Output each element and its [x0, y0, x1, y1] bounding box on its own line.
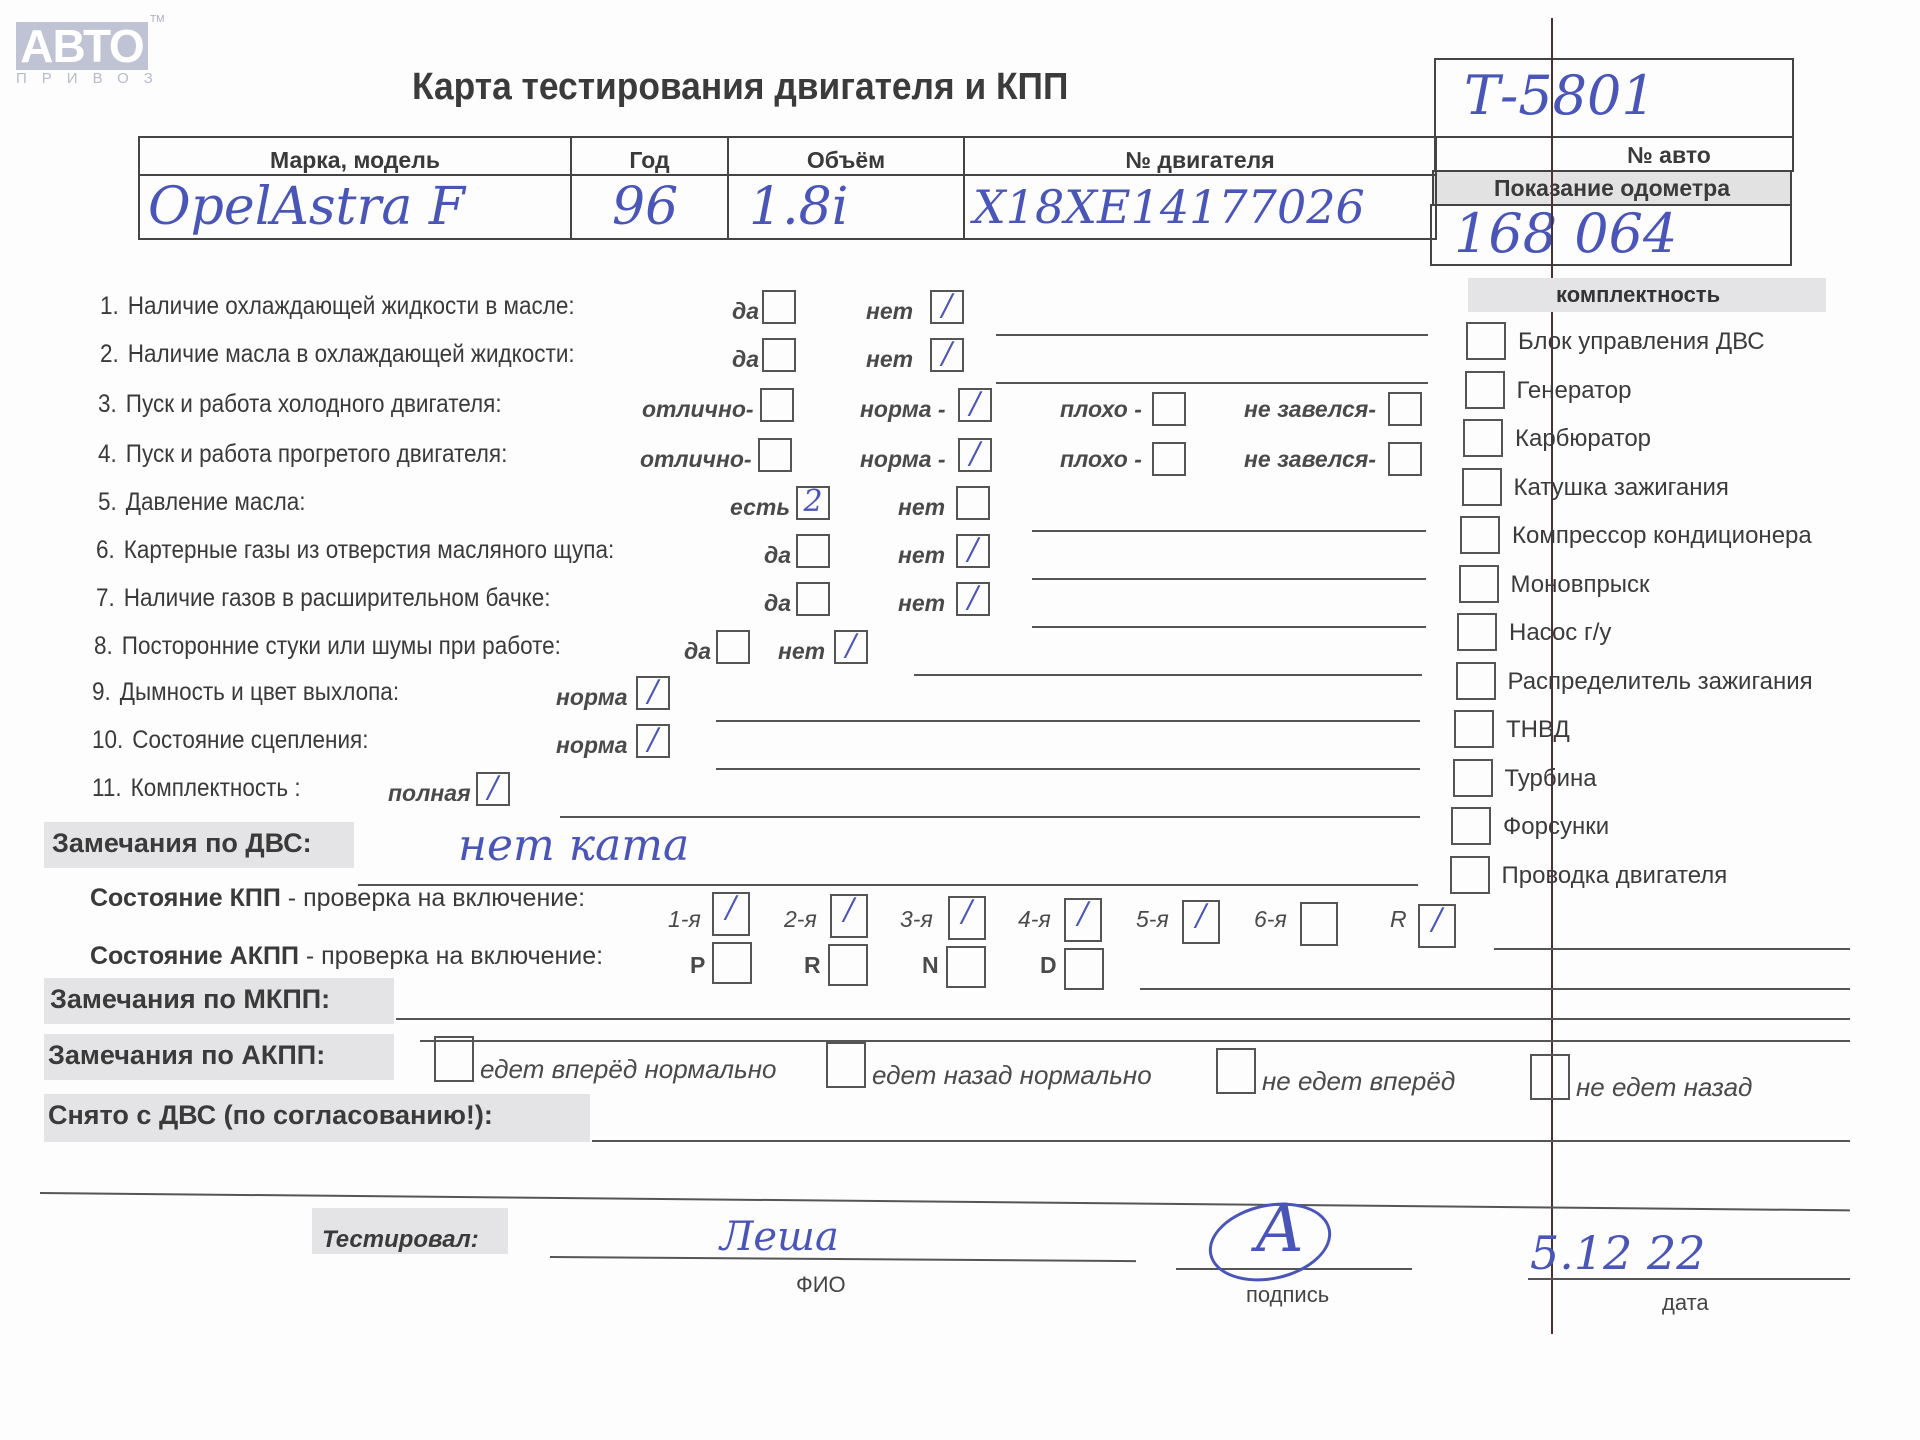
kit-checkbox[interactable]: [1459, 565, 1499, 603]
checkbox-mark: /: [638, 722, 668, 757]
notes-line: [1032, 578, 1426, 580]
check-item-9: 9.Дымность и цвет выхлопа:: [92, 678, 399, 707]
notes-line: [716, 720, 1420, 722]
card-number: Т-5801: [1464, 64, 1656, 127]
option-checkbox[interactable]: [796, 534, 830, 568]
logo-subtitle: ПРИВОЗ: [16, 70, 168, 87]
manual-gearbox-line: [1494, 948, 1850, 950]
auto-remark-checkbox[interactable]: [1530, 1054, 1570, 1100]
auto-gear-label: N: [922, 952, 939, 979]
kit-checkbox[interactable]: [1460, 516, 1500, 554]
notes-line: [996, 334, 1428, 336]
option-checkbox[interactable]: [796, 582, 830, 616]
option-label: нет: [898, 494, 945, 521]
checkbox-mark: /: [958, 532, 988, 567]
kit-item-label: Компрессор кондиционера: [1512, 522, 1812, 550]
option-label: отлично-: [642, 396, 754, 423]
option-label: не завелся-: [1244, 396, 1376, 423]
check-label: Посторонние стуки или шумы при работе:: [122, 632, 561, 660]
auto-remark-checkbox[interactable]: [1216, 1048, 1256, 1094]
kit-item-label: Турбина: [1505, 765, 1597, 793]
check-item-3: 3.Пуск и работа холодного двигателя:: [98, 390, 502, 419]
checkbox-mark: /: [932, 288, 962, 323]
odometer-value: 168 064: [1454, 202, 1677, 265]
auto-gear-checkbox[interactable]: [712, 942, 752, 984]
notes-line: [1032, 626, 1426, 628]
checkbox-mark: /: [832, 892, 866, 927]
auto-gear-label: R: [804, 952, 821, 979]
gear-checkbox[interactable]: /: [1182, 900, 1220, 944]
check-item-4: 4.Пуск и работа прогретого двигателя:: [98, 440, 507, 469]
check-label: Давление масла:: [126, 488, 306, 516]
kit-checkbox[interactable]: [1453, 759, 1493, 797]
notes-line: [560, 816, 1420, 818]
notes-line: [914, 674, 1422, 676]
option-checkbox[interactable]: /: [958, 388, 992, 422]
option-label: нет: [866, 298, 913, 325]
checkbox-mark: /: [960, 386, 990, 421]
odometer-label: Показание одометра: [1494, 175, 1730, 201]
option-label: норма -: [860, 446, 946, 473]
option-checkbox[interactable]: [1152, 442, 1186, 476]
col-engine-number: № двигателя: [964, 137, 1436, 175]
notes-line: [716, 768, 1420, 770]
check-item-2: 2.Наличие масла в охлаждающей жидкости:: [100, 340, 575, 369]
tested-by-label: Тестировал:: [322, 1226, 479, 1254]
auto-gearbox-line: [1140, 988, 1850, 990]
checkbox-mark: /: [1066, 896, 1100, 931]
checkbox-mark: /: [638, 674, 668, 709]
volume-value[interactable]: 1.8i: [728, 175, 964, 239]
odometer-value-cell: 168 064: [1430, 204, 1792, 266]
check-item-5: 5.Давление масла:: [98, 488, 305, 517]
kit-title: комплектность: [1556, 282, 1720, 308]
gear-checkbox[interactable]: /: [712, 892, 750, 936]
option-label: норма -: [860, 396, 946, 423]
check-number: 11.: [92, 774, 122, 802]
removed-label-text: Снято с ДВС (по согласованию!):: [48, 1100, 493, 1130]
checkbox-mark: /: [958, 580, 988, 615]
gear-label: 3-я: [900, 906, 933, 933]
auto-gearbox-label-rest: - проверка на включение:: [299, 942, 603, 970]
auto-remarks-label: Замечания по АКПП:: [48, 1040, 325, 1071]
engine-remarks-label: Замечания по ДВС:: [52, 828, 312, 859]
option-checkbox[interactable]: /: [930, 338, 964, 372]
col-volume: Объём: [728, 137, 964, 175]
check-label: Наличие газов в расширительном бачке:: [124, 584, 551, 612]
auto-remark-label: едет назад нормально: [872, 1060, 1152, 1091]
option-checkbox[interactable]: [1388, 442, 1422, 476]
check-label: Наличие охлаждающей жидкости в масле:: [128, 292, 575, 320]
check-item-1: 1.Наличие охлаждающей жидкости в масле:: [100, 292, 575, 321]
signature-caption: подпись: [1246, 1282, 1329, 1308]
checkbox-mark: /: [950, 894, 984, 929]
gear-label: 6-я: [1254, 906, 1287, 933]
option-checkbox[interactable]: /: [956, 534, 990, 568]
manual-remarks-label: Замечания по МКПП:: [50, 984, 330, 1015]
option-checkbox[interactable]: [758, 438, 792, 472]
check-number: 9.: [92, 678, 111, 706]
option-checkbox[interactable]: /: [958, 438, 992, 472]
checkbox-mark: /: [1420, 902, 1454, 937]
check-item-6: 6.Картерные газы из отверстия масляного …: [96, 536, 614, 565]
check-item-8: 8.Посторонние стуки или шумы при работе:: [94, 632, 561, 661]
gear-checkbox[interactable]: /: [1418, 904, 1456, 948]
gear-checkbox[interactable]: /: [948, 896, 986, 940]
check-number: 5.: [98, 488, 117, 516]
engine-remarks-value[interactable]: нет ката: [458, 820, 689, 871]
auto-remark-label: едет вперёд нормально: [480, 1054, 776, 1085]
option-checkbox[interactable]: /: [636, 676, 670, 710]
tester-name[interactable]: Леша: [720, 1214, 839, 1260]
check-number: 1.: [100, 292, 119, 320]
make-model-value[interactable]: OpelAstra F: [139, 175, 571, 239]
option-checkbox[interactable]: [1388, 392, 1422, 426]
auto-gear-checkbox[interactable]: [1064, 948, 1104, 990]
auto-gear-label: D: [1040, 952, 1057, 979]
manual-gearbox-label-bold: Состояние КПП: [90, 884, 281, 912]
option-checkbox[interactable]: /: [476, 772, 510, 806]
check-number: 4.: [98, 440, 117, 468]
avtoprivoz-logo: АВТО: [16, 22, 148, 70]
kit-item-label: Генератор: [1517, 377, 1632, 405]
option-checkbox[interactable]: /: [956, 582, 990, 616]
checkbox-mark: /: [932, 336, 962, 371]
gear-label: 1-я: [668, 906, 701, 933]
name-caption: ФИО: [796, 1272, 846, 1298]
removed-label: Снято с ДВС (по согласованию!):: [48, 1100, 493, 1131]
auto-gearbox-label-bold: Состояние АКПП: [90, 942, 299, 970]
name-line: [550, 1256, 1136, 1262]
check-label: Наличие масла в охлаждающей жидкости:: [128, 340, 575, 368]
auto-remark-label: не едет вперёд: [1262, 1066, 1455, 1097]
check-label: Дымность и цвет выхлопа:: [120, 678, 399, 706]
gear-label: 5-я: [1136, 906, 1169, 933]
option-label: да: [684, 638, 711, 665]
auto-remarks-line: [420, 1040, 1850, 1042]
auto-remark-label: не едет назад: [1576, 1072, 1752, 1103]
notes-line: [1032, 530, 1426, 532]
check-label: Пуск и работа прогретого двигателя:: [126, 440, 508, 468]
auto-number-label: № авто: [1517, 142, 1711, 168]
check-item-7: 7.Наличие газов в расширительном бачке:: [96, 584, 551, 613]
check-number: 10.: [92, 726, 123, 754]
checkbox-mark: /: [960, 436, 990, 471]
check-number: 8.: [94, 632, 113, 660]
check-label: Картерные газы из отверстия масляного щу…: [124, 536, 614, 564]
option-label: да: [732, 298, 759, 325]
kit-item-label: Форсунки: [1503, 813, 1609, 841]
check-item-11: 11.Комплектность :: [92, 774, 301, 803]
col-year: Год: [571, 137, 728, 175]
auto-gearbox-label: Состояние АКПП - проверка на включение:: [90, 942, 603, 971]
check-label: Комплектность :: [131, 774, 301, 802]
auto-remark-checkbox[interactable]: [826, 1042, 866, 1088]
kit-checkbox[interactable]: [1463, 419, 1503, 457]
engine-number-value[interactable]: X18XE14177026: [964, 175, 1436, 239]
option-label: да: [732, 346, 759, 373]
gear-label: 2-я: [784, 906, 817, 933]
card-number-box: Т-5801: [1434, 58, 1794, 138]
option-checkbox[interactable]: 2: [796, 486, 830, 520]
option-checkbox[interactable]: [716, 630, 750, 664]
kit-checkbox[interactable]: [1462, 468, 1502, 506]
option-label: плохо -: [1060, 396, 1142, 423]
option-label: есть: [730, 494, 790, 521]
year-value[interactable]: 96: [571, 175, 728, 239]
kit-item-label: Проводка двигателя: [1502, 862, 1728, 890]
check-number: 7.: [96, 584, 115, 612]
option-label: отлично-: [640, 446, 752, 473]
option-label: нет: [898, 542, 945, 569]
option-label: норма: [556, 684, 628, 711]
check-number: 6.: [96, 536, 115, 564]
date-caption: дата: [1662, 1290, 1709, 1316]
kit-checkbox[interactable]: [1451, 807, 1491, 845]
checkbox-mark: /: [1184, 898, 1218, 933]
option-checkbox[interactable]: [956, 486, 990, 520]
option-checkbox[interactable]: /: [834, 630, 868, 664]
checkbox-mark: 2: [798, 484, 828, 519]
date-value[interactable]: 5.12 22: [1530, 1226, 1706, 1280]
kit-item-label: Катушка зажигания: [1514, 474, 1729, 502]
option-label: полная: [388, 780, 471, 807]
auto-remark-checkbox[interactable]: [434, 1036, 474, 1082]
kit-item-label: Блок управления ДВС: [1518, 328, 1765, 356]
check-number: 2.: [100, 340, 119, 368]
kit-item-label: Насос г/у: [1509, 619, 1611, 647]
option-label: да: [764, 590, 791, 617]
manual-remarks-line: [396, 1018, 1850, 1020]
check-label: Состояние сцепления:: [132, 726, 368, 754]
vehicle-info-table: Марка, модель Год Объём № двигателя Opel…: [138, 136, 1437, 240]
check-label: Пуск и работа холодного двигателя:: [126, 390, 502, 418]
removed-line: [592, 1140, 1850, 1142]
kit-item-label: Карбюратор: [1515, 425, 1651, 453]
kit-item-label: ТНВД: [1506, 716, 1570, 744]
kit-item-label: Распределитель зажигания: [1508, 668, 1813, 696]
option-label: плохо -: [1060, 446, 1142, 473]
check-number: 3.: [98, 390, 117, 418]
kit-checkbox[interactable]: [1465, 371, 1505, 409]
checkbox-mark: /: [478, 770, 508, 805]
page-title: Карта тестирования двигателя и КПП: [412, 66, 1068, 109]
kit-checkbox[interactable]: [1450, 856, 1490, 894]
notes-line: [996, 382, 1428, 384]
col-make-model: Марка, модель: [139, 137, 571, 175]
signature-strokes: A: [1256, 1190, 1304, 1267]
option-label: нет: [898, 590, 945, 617]
trademark: TM: [150, 14, 164, 25]
option-checkbox[interactable]: [762, 338, 796, 372]
manual-gearbox-label-rest: - проверка на включение:: [281, 884, 585, 912]
option-checkbox[interactable]: /: [930, 290, 964, 324]
kit-checkbox[interactable]: [1466, 322, 1506, 360]
option-checkbox[interactable]: [1152, 392, 1186, 426]
odometer-label-cell: Показание одометра: [1432, 170, 1792, 206]
option-label: да: [764, 542, 791, 569]
manual-gearbox-label: Состояние КПП - проверка на включение:: [90, 884, 585, 913]
gear-label: R: [1390, 906, 1407, 933]
checkbox-mark: /: [836, 628, 866, 663]
option-label: норма: [556, 732, 628, 759]
kit-checkbox[interactable]: [1456, 662, 1496, 700]
option-checkbox[interactable]: [762, 290, 796, 324]
kit-checkbox[interactable]: [1457, 613, 1497, 651]
gear-checkbox[interactable]: /: [1064, 898, 1102, 942]
kit-checkbox[interactable]: [1454, 710, 1494, 748]
option-label: нет: [866, 346, 913, 373]
auto-gear-label: P: [690, 952, 705, 979]
option-label: нет: [778, 638, 825, 665]
auto-gear-checkbox[interactable]: [946, 946, 986, 988]
option-label: не завелся-: [1244, 446, 1376, 473]
auto-gear-checkbox[interactable]: [828, 944, 868, 986]
auto-number-label-cell: № авто: [1434, 136, 1794, 172]
kit-item-label: Моновпрыск: [1511, 571, 1650, 599]
gear-checkbox[interactable]: [1300, 902, 1338, 946]
option-checkbox[interactable]: [760, 388, 794, 422]
check-item-10: 10.Состояние сцепления:: [92, 726, 368, 755]
checkbox-mark: /: [714, 890, 748, 925]
gear-checkbox[interactable]: /: [830, 894, 868, 938]
option-checkbox[interactable]: /: [636, 724, 670, 758]
gear-label: 4-я: [1018, 906, 1051, 933]
